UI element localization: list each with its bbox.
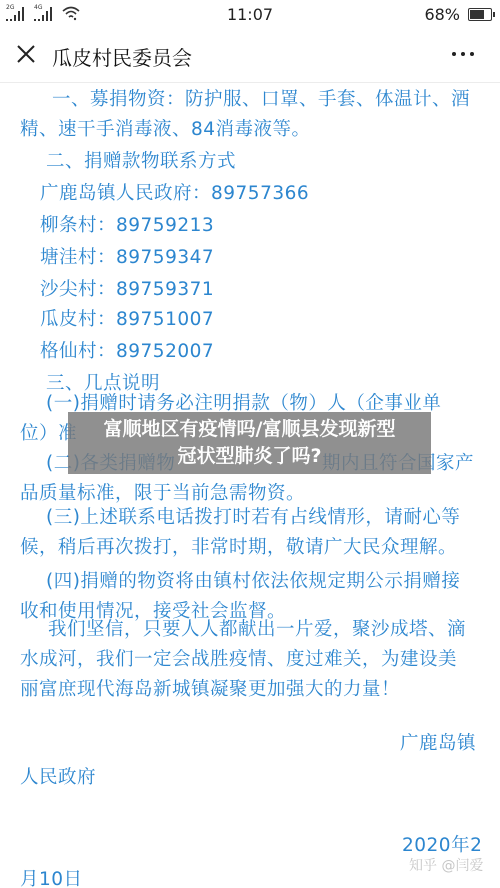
- doc-line: 候，稍后再次拨打，非常时期，敬请广大民众理解。: [20, 533, 457, 559]
- contact-line: 塘洼村：89759347: [40, 243, 214, 269]
- status-bar: 2G 4G 11:07 68%: [0, 0, 500, 28]
- doc-line: (四)捐赠的物资将由镇村依法依规定期公示捐赠接: [46, 567, 460, 593]
- doc-line: 品质量标准，限于当前急需物资。: [20, 479, 305, 505]
- contact-line: 广鹿岛镇人民政府：89757366: [40, 179, 309, 205]
- date-line: 2020年2: [402, 831, 482, 857]
- contact-line: 沙尖村：89759371: [40, 275, 214, 301]
- doc-line: 精、速干手消毒液、84消毒液等。: [20, 115, 311, 141]
- signature-line: 人民政府: [20, 763, 96, 789]
- signature-line: 广鹿岛镇: [400, 729, 476, 755]
- section-heading: 二、捐赠款物联系方式: [46, 147, 236, 173]
- watermark: 知乎 @闫爱: [409, 855, 483, 875]
- page-title: 瓜皮村民委员会: [52, 42, 192, 71]
- contact-line: 格仙村：89752007: [40, 337, 214, 363]
- doc-line: 我们坚信，只要人人都献出一片爱，聚沙成塔、滴: [48, 615, 466, 641]
- battery-icon: [468, 8, 492, 21]
- doc-line: 水成河，我们一定会战胜疫情、度过难关，为建设美: [20, 645, 457, 671]
- doc-line: 一、募捐物资：防护服、口罩、手套、体温计、酒: [52, 85, 470, 111]
- title-overlay: 富顺地区有疫情吗/富顺县发现新型 冠状型肺炎了吗?: [68, 412, 431, 474]
- nav-bar: 瓜皮村民委员会: [0, 30, 500, 83]
- date-line: 月10日: [20, 865, 83, 888]
- battery-percent: 68%: [424, 5, 460, 24]
- overlay-line-1: 富顺地区有疫情吗/富顺县发现新型: [68, 416, 431, 443]
- more-icon[interactable]: [452, 52, 474, 56]
- contact-line: 瓜皮村：89751007: [40, 305, 214, 331]
- close-icon[interactable]: [14, 42, 38, 66]
- contact-line: 柳条村：89759213: [40, 211, 214, 237]
- doc-line: 丽富庶现代海岛新城镇凝聚更加强大的力量！: [20, 675, 400, 701]
- doc-line: (三)上述联系电话拨打时若有占线情形，请耐心等: [46, 503, 460, 529]
- overlay-line-2: 冠状型肺炎了吗?: [68, 443, 431, 470]
- status-right: 68%: [424, 5, 492, 24]
